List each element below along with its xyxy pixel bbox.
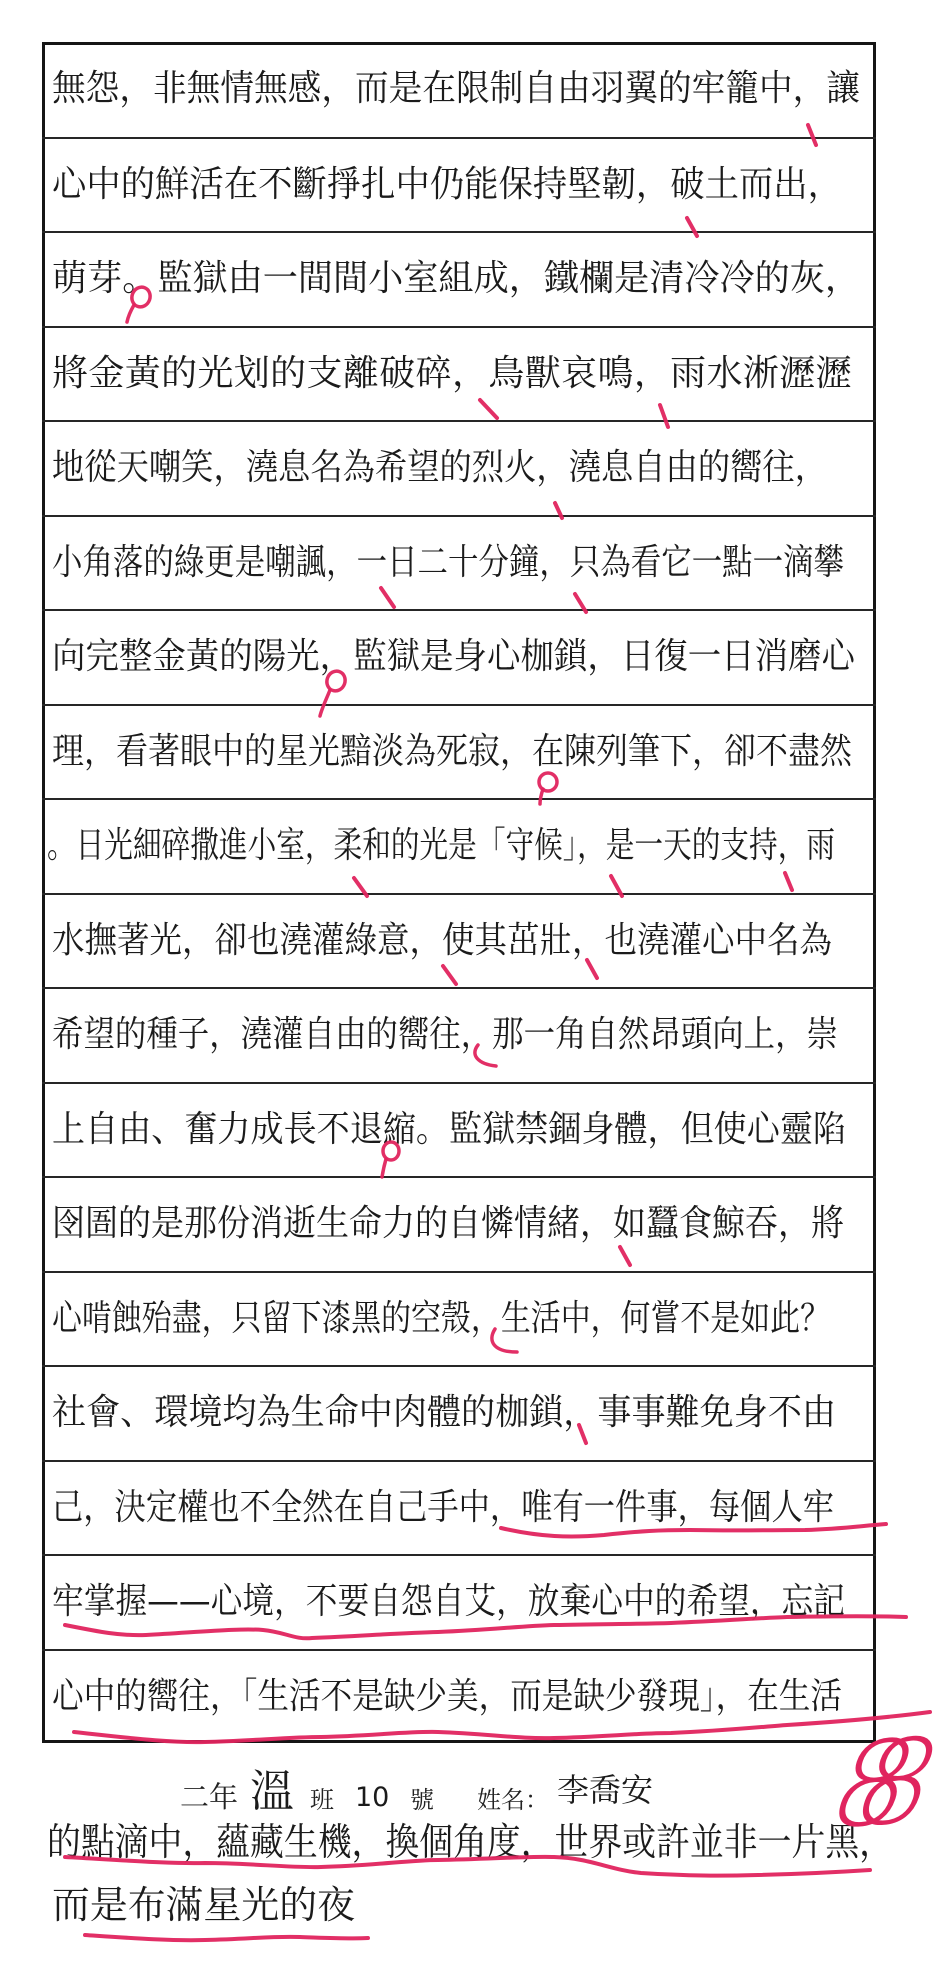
essay-row-text: 上自由、奮力成長不退縮。監獄禁錮身體，但使心靈陷 <box>52 1112 846 1148</box>
essay-row: 萌芽。監獄由一間間小室組成，鐵欄是清冷冷的灰， <box>42 231 876 326</box>
essay-row: 無怨，非無情無感，而是在限制自由羽翼的牢籠中，讓 <box>42 42 876 137</box>
essay-row: 理，看著眼中的星光黯淡為死寂，在陳列筆下，卻不盡然 <box>42 704 876 799</box>
essay-row-text: 地從天嘲笑，澆息名為希望的烈火，澆息自由的嚮往， <box>52 450 827 486</box>
name-label: 姓名： <box>477 1788 549 1812</box>
essay-row-text: 心中的鮮活在不斷掙扎中仍能保持堅韌，破土而出， <box>52 167 842 203</box>
student-name: 李喬安 <box>557 1774 653 1806</box>
essay-row-text: 。日光細碎撒進小室，柔和的光是「守候」，是一天的支持，雨 <box>47 828 835 864</box>
essay-row-text: 水撫著光，卻也澆灌綠意，使其茁壯，也澆灌心中名為 <box>52 923 832 959</box>
essay-row: 向完整金黃的陽光，監獄是身心枷鎖，日復一日消磨心 <box>42 609 876 704</box>
essay-row: 社會、環境均為生命中肉體的枷鎖，事事難免身不由 <box>42 1365 876 1460</box>
continuation-line: 的點滴中，蘊藏生機，換個角度，世界或許並非一片黑， <box>47 1823 893 1861</box>
essay-row: 。日光細碎撒進小室，柔和的光是「守候」，是一天的支持，雨 <box>42 798 876 893</box>
essay-row-text: 社會、環境均為生命中肉體的枷鎖，事事難免身不由 <box>52 1395 836 1431</box>
essay-row: 心中的鮮活在不斷掙扎中仍能保持堅韌，破土而出， <box>42 137 876 232</box>
essay-row: 己，決定權也不全然在自己手中，唯有一件事，每個人牢 <box>42 1460 876 1555</box>
essay-row-text: 牢掌握——心境，不要自怨自艾，放棄心中的希望，忘記 <box>52 1584 845 1620</box>
continuation-line: 而是布滿星光的夜 <box>52 1886 355 1924</box>
essay-row-text: 理，看著眼中的星光黯淡為死寂，在陳列筆下，卻不盡然 <box>52 734 852 770</box>
essay-row-text: 向完整金黃的陽光，監獄是身心枷鎖，日復一日消磨心 <box>52 639 855 675</box>
essay-row-text: 心啃蝕殆盡，只留下漆黑的空殼，生活中，何嘗不是如此？ <box>52 1301 830 1337</box>
class-name: 溫 <box>250 1770 294 1814</box>
essay-row: 小角落的綠更是嘲諷，一日二十分鐘，只為看它一點一滴攀 <box>42 515 876 610</box>
class-label: 班 <box>310 1788 334 1812</box>
essay-row: 牢掌握——心境，不要自怨自艾，放棄心中的希望，忘記 <box>42 1554 876 1649</box>
essay-row-text: 無怨，非無情無感，而是在限制自由羽翼的牢籠中，讓 <box>52 71 860 107</box>
essay-row-text: 囹圄的是那份消逝生命力的自憐情緒，如蠶食鯨吞，將 <box>52 1206 844 1242</box>
essay-row: 水撫著光，卻也澆灌綠意，使其茁壯，也澆灌心中名為 <box>42 893 876 988</box>
essay-row: 心啃蝕殆盡，只留下漆黑的空殼，生活中，何嘗不是如此？ <box>42 1271 876 1366</box>
essay-row-text: 希望的種子，澆灌自由的嚮往，那一角自然昂頭向上，崇 <box>52 1017 838 1053</box>
essay-row-text: 心中的嚮往，「生活不是缺少美，而是缺少發現」，在生活 <box>52 1679 842 1715</box>
essay-row-text: 小角落的綠更是嘲諷，一日二十分鐘，只為看它一點一滴攀 <box>52 545 844 581</box>
number-label: 號 <box>410 1788 434 1812</box>
essay-row: 希望的種子，澆灌自由的嚮往，那一角自然昂頭向上，崇 <box>42 987 876 1082</box>
essay-row-text: 己，決定權也不全然在自己手中，唯有一件事，每個人牢 <box>52 1490 834 1526</box>
essay-row-text: 萌芽。監獄由一間間小室組成，鐵欄是清冷冷的灰， <box>52 261 860 297</box>
grade-label: 二年 <box>180 1783 238 1812</box>
essay-row: 囹圄的是那份消逝生命力的自憐情緒，如蠶食鯨吞，將 <box>42 1176 876 1271</box>
essay-row: 上自由、奮力成長不退縮。監獄禁錮身體，但使心靈陷 <box>42 1082 876 1177</box>
essay-row: 地從天嘲笑，澆息名為希望的烈火，澆息自由的嚮往， <box>42 420 876 515</box>
essay-row-text: 將金黃的光划的支離破碎，鳥獸哀鳴，雨水淅瀝瀝 <box>52 356 852 392</box>
essay-row: 心中的嚮往，「生活不是缺少美，而是缺少發現」，在生活 <box>42 1649 876 1744</box>
seat-number: 10 <box>355 1784 389 1811</box>
wavy-underline <box>85 1935 368 1940</box>
essay-row: 將金黃的光划的支離破碎，鳥獸哀鳴，雨水淅瀝瀝 <box>42 326 876 421</box>
